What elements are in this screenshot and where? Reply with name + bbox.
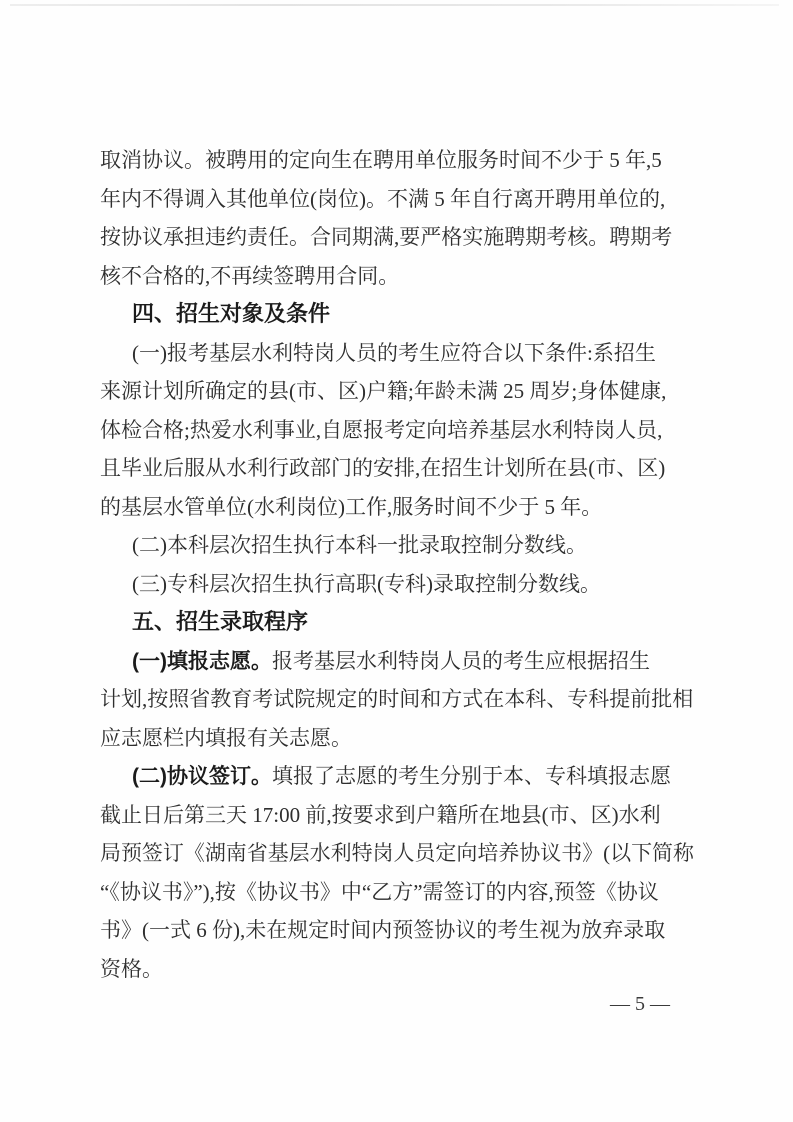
text-run: 报考基层水利特岗人员的考生应根据招生 (272, 649, 650, 673)
scan-edge-artifact (10, 4, 779, 6)
text-run: 填报了志愿的考生分别于本、专科填报志愿 (272, 764, 671, 788)
text-line: 截止日后第三天 17:00 前,按要求到户籍所在地县(市、区)水利 (100, 796, 694, 835)
text-line: 局预签订《湖南省基层水利特岗人员定向培养协议书》(以下简称 (100, 834, 693, 873)
text-line: 核不合格的,不再续签聘用合同。 (100, 257, 694, 296)
text-line: (一)填报志愿。报考基层水利特岗人员的考生应根据招生 (100, 642, 694, 681)
bold-lead-in: (二)协议签订。 (132, 765, 272, 788)
text-line: “《协议书》”),按《协议书》中“乙方”需签订的内容,预签《协议 (100, 873, 694, 912)
text-line: 书》(一式 6 份),未在规定时间内预签协议的考生视为放弃录取 (100, 911, 694, 950)
document-body: 取消协议。被聘用的定向生在聘用单位服务时间不少于 5 年,5年内不得调入其他单位… (100, 141, 694, 988)
text-line: 且毕业后服从水利行政部门的安排,在招生计划所在县(市、区) (100, 449, 694, 488)
text-line: (一)报考基层水利特岗人员的考生应符合以下条件:系招生 (100, 334, 694, 373)
text-line: 资格。 (100, 950, 694, 989)
text-line: 应志愿栏内填报有关志愿。 (100, 719, 694, 758)
section-heading: 四、招生对象及条件 (100, 295, 694, 334)
text-line: 体检合格;热爱水利事业,自愿报考定向培养基层水利特岗人员, (100, 411, 694, 450)
text-line: (三)专科层次招生执行高职(专科)录取控制分数线。 (100, 565, 694, 604)
text-line: (二)协议签订。填报了志愿的考生分别于本、专科填报志愿 (100, 757, 694, 796)
text-line: 来源计划所确定的县(市、区)户籍;年龄未满 25 周岁;身体健康, (100, 372, 694, 411)
section-heading: 五、招生录取程序 (100, 603, 694, 642)
text-line: 年内不得调入其他单位(岗位)。不满 5 年自行离开聘用单位的, (100, 180, 694, 219)
bold-lead-in: (一)填报志愿。 (132, 650, 272, 673)
text-line: (二)本科层次招生执行本科一批录取控制分数线。 (100, 526, 694, 565)
text-line: 按协议承担违约责任。合同期满,要严格实施聘期考核。聘期考 (100, 218, 694, 257)
document-page: 取消协议。被聘用的定向生在聘用单位服务时间不少于 5 年,5年内不得调入其他单位… (0, 0, 793, 1122)
text-line: 计划,按照省教育考试院规定的时间和方式在本科、专科提前批相 (100, 680, 694, 719)
text-line: 的基层水管单位(水利岗位)工作,服务时间不少于 5 年。 (100, 488, 694, 527)
text-line: 取消协议。被聘用的定向生在聘用单位服务时间不少于 5 年,5 (100, 141, 694, 180)
page-number: — 5 — (0, 992, 670, 1016)
